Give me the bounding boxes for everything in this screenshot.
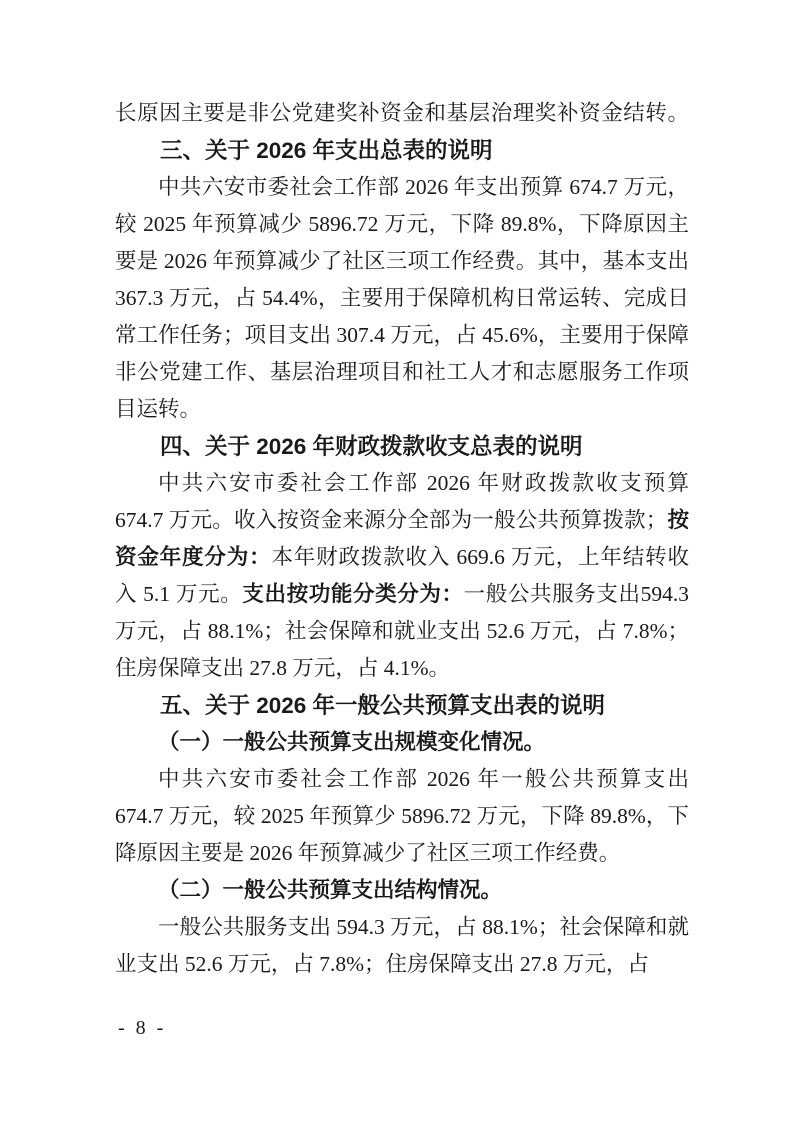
section-three-heading: 三、关于 2026 年支出总表的说明 (115, 132, 689, 169)
section-four-bold-run: 支出按功能分类分为： (242, 582, 463, 606)
page-number: - 8 - (118, 1015, 166, 1041)
subsection-two-heading: （二）一般公共预算支出结构情况。 (115, 872, 689, 909)
subsection-one-heading: （一）一般公共预算支出规模变化情况。 (115, 724, 689, 761)
document-page: 长原因主要是非公党建奖补资金和基层治理奖补资金结转。 三、关于 2026 年支出… (0, 0, 793, 1122)
section-three-paragraph: 中共六安市委社会工作部 2026 年支出预算 674.7 万元，较 2025 年… (115, 169, 689, 428)
section-four-paragraph: 中共六安市委社会工作部 2026 年财政拨款收支预算 674.7 万元。收入按资… (115, 465, 689, 687)
section-five-heading: 五、关于 2026 年一般公共预算支出表的说明 (115, 687, 689, 724)
section-four-segment: 中共六安市委社会工作部 2026 年财政拨款收支预算 674.7 万元。收入按资… (115, 471, 689, 532)
document-body: 长原因主要是非公党建奖补资金和基层治理奖补资金结转。 三、关于 2026 年支出… (115, 95, 689, 983)
subsection-two-paragraph: 一般公共服务支出 594.3 万元，占 88.1%；社会保障和就业支出 52.6… (115, 909, 689, 983)
continuation-paragraph: 长原因主要是非公党建奖补资金和基层治理奖补资金结转。 (115, 95, 689, 132)
subsection-one-paragraph: 中共六安市委社会工作部 2026 年一般公共预算支出 674.7 万元，较 20… (115, 761, 689, 872)
section-four-heading: 四、关于 2026 年财政拨款收支总表的说明 (115, 428, 689, 465)
